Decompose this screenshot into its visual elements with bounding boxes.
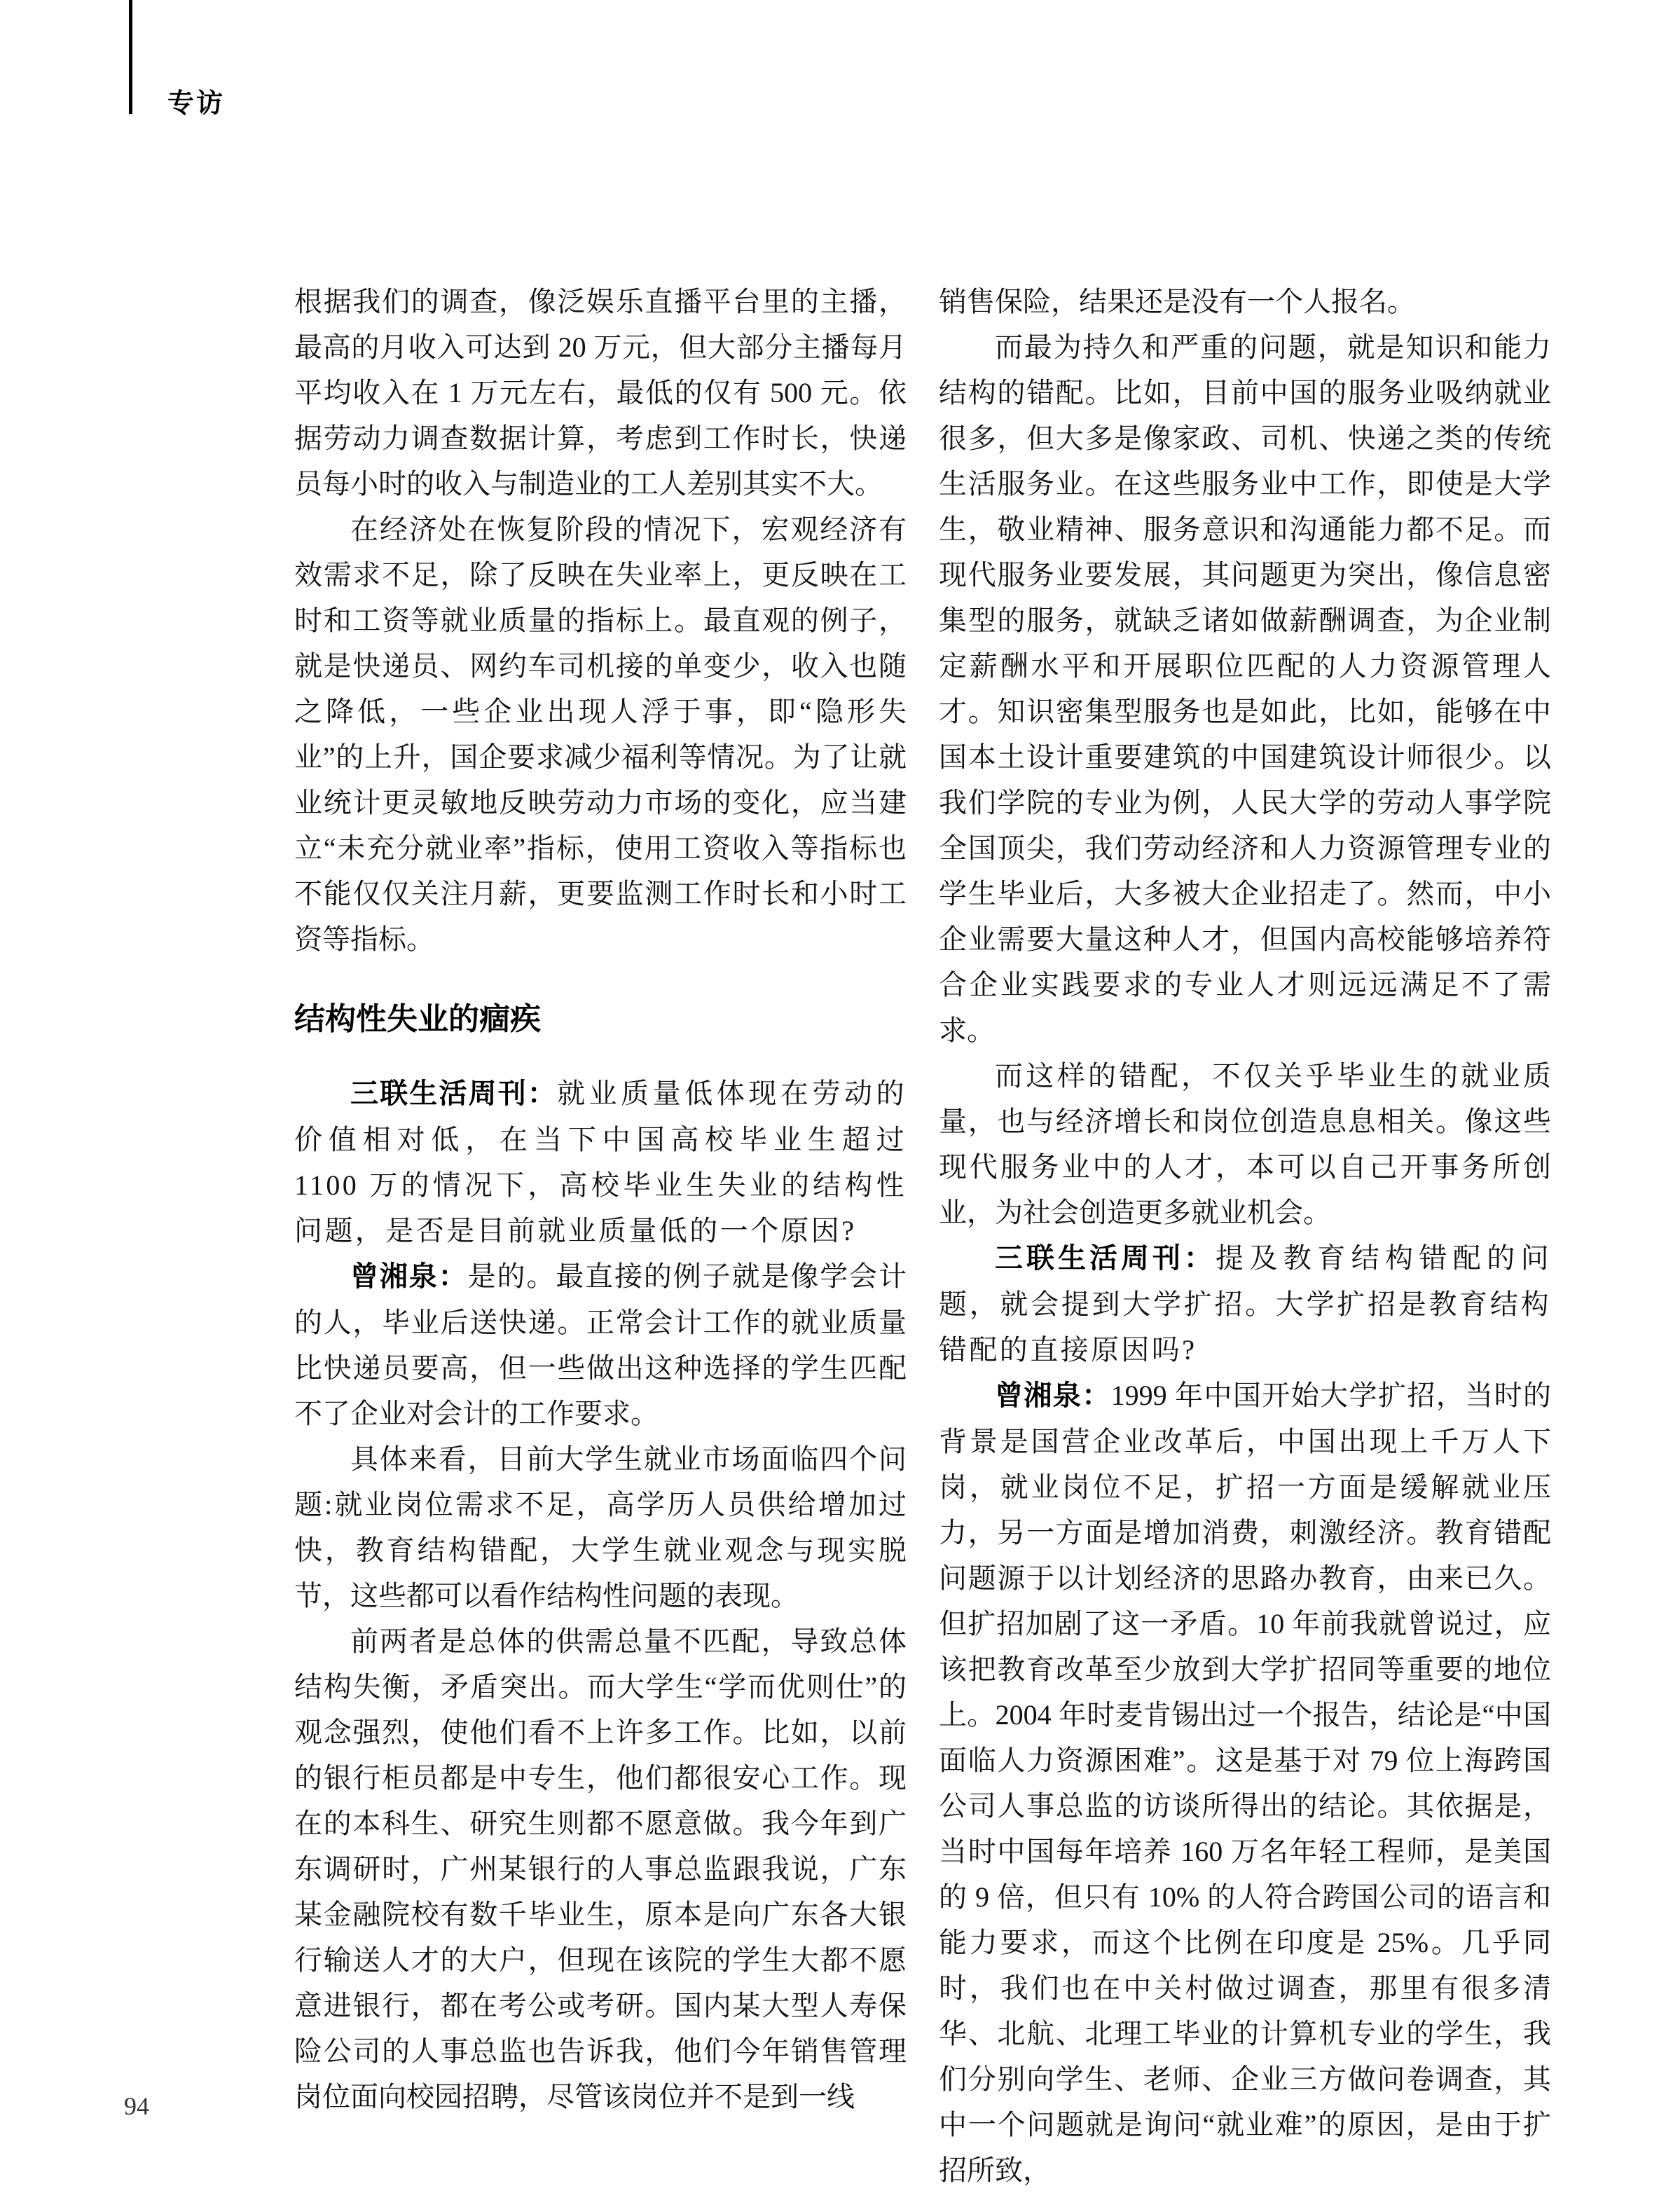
interviewer-label: 三联生活周刊： xyxy=(995,1243,1216,1274)
interviewee-label: 曾湘泉： xyxy=(995,1380,1111,1411)
paragraph: 前两者是总体的供需总量不匹配，导致总体结构失衡，矛盾突出。而大学生“学而优则仕”… xyxy=(294,1618,907,2119)
interview-question: 三联生活周刊：提及教育结构错配的问题，就会提到大学扩招。大学扩招是教育结构错配的… xyxy=(939,1235,1551,1373)
paragraph: 具体来看，目前大学生就业市场面临四个问题:就业岗位需求不足，高学历人员供给增加过… xyxy=(294,1436,907,1618)
page-number: 94 xyxy=(124,2091,149,2121)
right-column: 销售保险，结果还是没有一个人报名。 而最为持久和严重的问题，就是知识和能力结构的… xyxy=(939,279,1551,2193)
header-rule xyxy=(129,0,132,114)
answer-text: 1999 年中国开始大学扩招，当时的背景是国营企业改革后，中国出现上千万人下岗，… xyxy=(939,1380,1551,2186)
article-body: 根据我们的调查，像泛娱乐直播平台里的主播，最高的月收入可达到 20 万元，但大部… xyxy=(294,279,1551,2193)
interviewer-label: 三联生活周刊： xyxy=(350,1078,557,1109)
interview-answer: 曾湘泉：1999 年中国开始大学扩招，当时的背景是国营企业改革后，中国出现上千万… xyxy=(939,1373,1551,2193)
paragraph: 销售保险，结果还是没有一个人报名。 xyxy=(939,279,1551,324)
paragraph: 在经济处在恢复阶段的情况下，宏观经济有效需求不足，除了反映在失业率上，更反映在工… xyxy=(294,507,907,962)
interviewee-label: 曾湘泉： xyxy=(350,1261,468,1292)
interview-question: 三联生活周刊：就业质量低体现在劳动的价值相对低，在当下中国高校毕业生超过 110… xyxy=(294,1071,907,1253)
interview-answer: 曾湘泉：是的。最直接的例子就是像学会计的人，毕业后送快递。正常会计工作的就业质量… xyxy=(294,1253,907,1436)
page-section-label: 专访 xyxy=(167,81,225,120)
paragraph: 根据我们的调查，像泛娱乐直播平台里的主播，最高的月收入可达到 20 万元，但大部… xyxy=(294,279,907,507)
left-column: 根据我们的调查，像泛娱乐直播平台里的主播，最高的月收入可达到 20 万元，但大部… xyxy=(294,279,907,2193)
paragraph: 而最为持久和严重的问题，就是知识和能力结构的错配。比如，目前中国的服务业吸纳就业… xyxy=(939,324,1551,1053)
paragraph: 而这样的错配，不仅关乎毕业生的就业质量，也与经济增长和岗位创造息息相关。像这些现… xyxy=(939,1053,1551,1235)
section-heading: 结构性失业的痼疾 xyxy=(294,1000,907,1038)
